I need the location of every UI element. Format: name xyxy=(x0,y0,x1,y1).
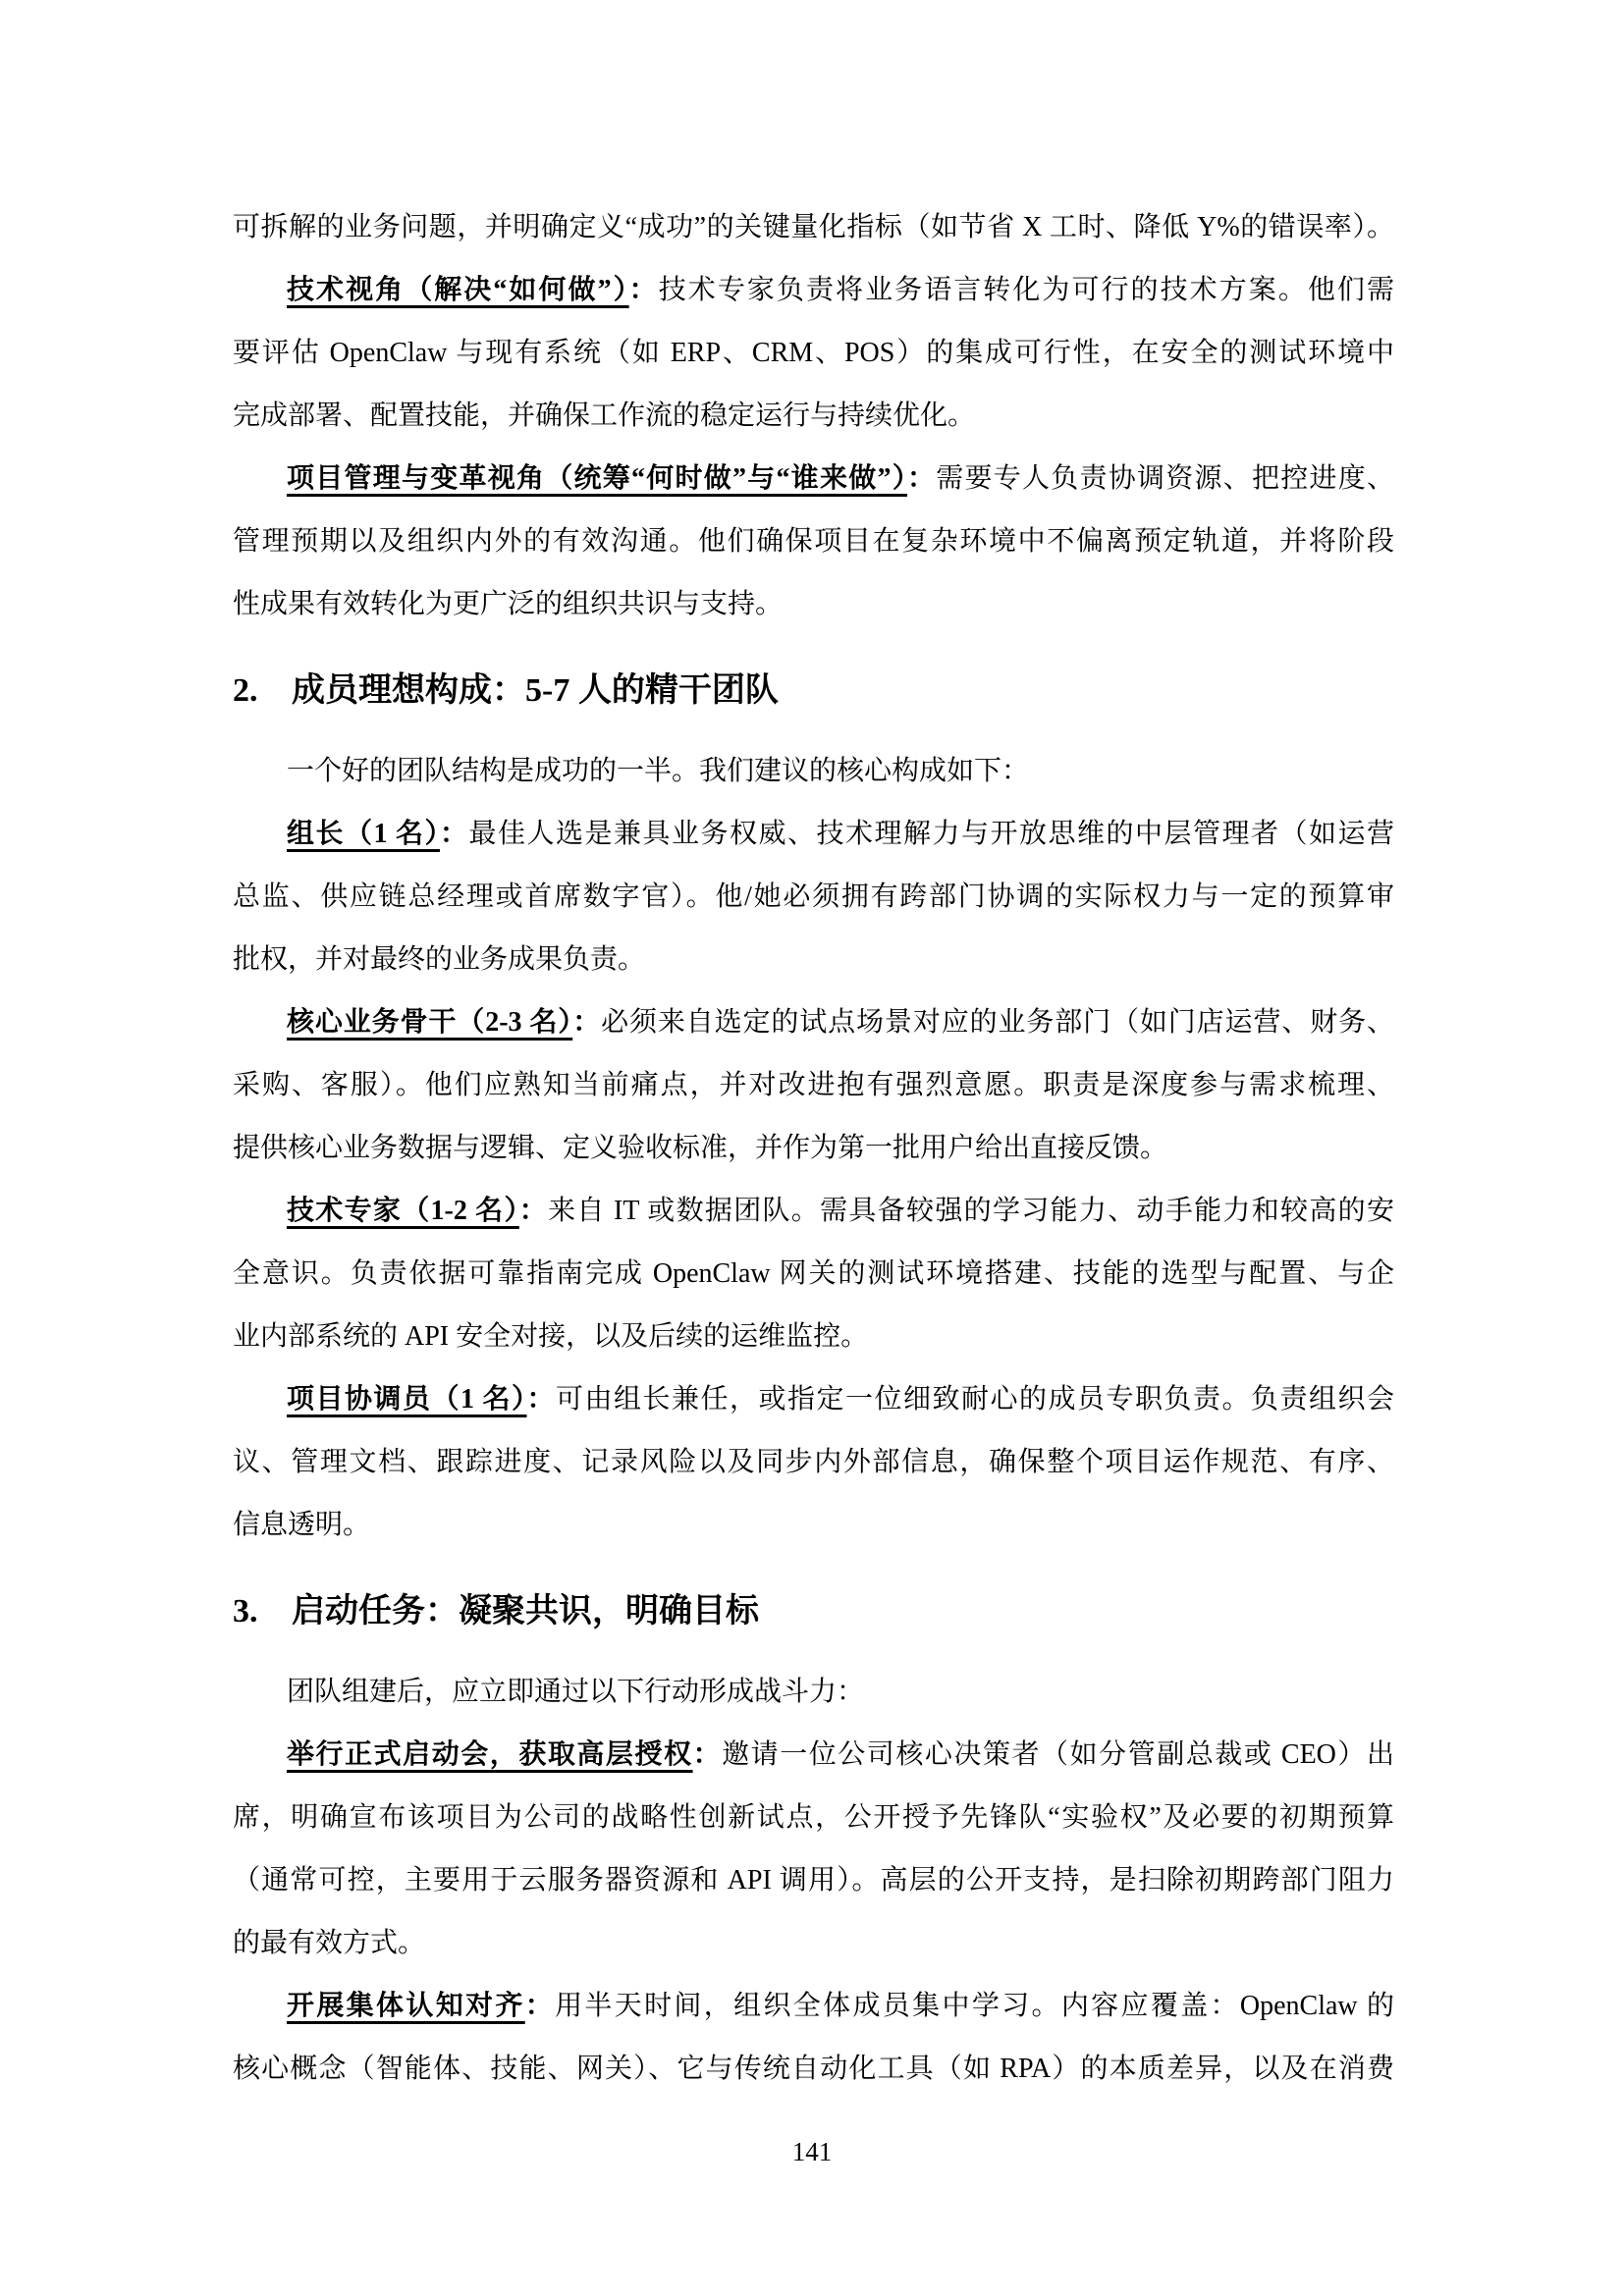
text-line: 席，明确宣布该项目为公司的战略性创新试点，公开授予先锋队“实验权”及必要的初期预… xyxy=(233,1787,1394,1849)
paragraph: 技术专家（1-2 名）：来自 IT 或数据团队。需具备较强的学习能力、动手能力和… xyxy=(233,1180,1394,1368)
text-run: 邀请一位公司核心决策者（如分管副总裁或 CEO）出 xyxy=(722,1739,1394,1770)
text-line: 性成果有效转化为更广泛的组织共识与支持。 xyxy=(233,573,1394,636)
text-run: 全意识。负责依据可靠指南完成 OpenClaw 网关的测试环境搭建、技能的选型与… xyxy=(233,1258,1394,1289)
text-run: 采购、客服）。他们应熟知当前痛点，并对改进抱有强烈意愿。职责是深度参与需求梳理、 xyxy=(233,1070,1394,1100)
text-line: 批权，并对最终的业务成果负责。 xyxy=(233,929,1394,991)
text-run: 业内部系统的 API 安全对接，以及后续的运维监控。 xyxy=(233,1321,868,1352)
page-number: 141 xyxy=(0,2135,1624,2168)
text-line: 技术视角（解决“如何做”）：技术专家负责将业务语言转化为可行的技术方案。他们需 xyxy=(233,259,1394,322)
text-line: 项目协调员（1 名）：可由组长兼任，或指定一位细致耐心的成员专职负责。负责组织会 xyxy=(233,1368,1394,1431)
text-run: 管理预期以及组织内外的有效沟通。他们确保项目在复杂环境中不偏离预定轨道，并将阶段 xyxy=(233,526,1394,557)
text-run: ： xyxy=(693,1739,723,1770)
text-run: 性成果有效转化为更广泛的组织共识与支持。 xyxy=(233,589,783,619)
text-run: 提供核心业务数据与逻辑、定义验收标准，并作为第一批用户给出直接反馈。 xyxy=(233,1133,1167,1163)
lead-in: 核心业务骨干（2-3 名） xyxy=(287,1007,572,1038)
lead-in: 项目协调员（1 名） xyxy=(287,1384,527,1415)
text-run: 技术专家负责将业务语言转化为可行的技术方案。他们需 xyxy=(659,275,1394,305)
text-run: 信息透明。 xyxy=(233,1510,370,1540)
text-run: 的最有效方式。 xyxy=(233,1928,425,1958)
text-line: 可拆解的业务问题，并明确定义“成功”的关键量化指标（如节省 X 工时、降低 Y%… xyxy=(233,196,1394,259)
text-run: 来自 IT 或数据团队。需具备较强的学习能力、动手能力和较高的安 xyxy=(548,1196,1394,1226)
paragraph: 开展集体认知对齐：用半天时间，组织全体成员集中学习。内容应覆盖：OpenClaw… xyxy=(233,1975,1394,2101)
text-line: 提供核心业务数据与逻辑、定义验收标准，并作为第一批用户给出直接反馈。 xyxy=(233,1117,1394,1180)
text-line: 核心业务骨干（2-3 名）：必须来自选定的试点场景对应的业务部门（如门店运营、财… xyxy=(233,991,1394,1054)
text-run: 可拆解的业务问题，并明确定义“成功”的关键量化指标（如节省 X 工时、降低 Y%… xyxy=(233,212,1394,242)
text-line: 全意识。负责依据可靠指南完成 OpenClaw 网关的测试环境搭建、技能的选型与… xyxy=(233,1243,1394,1306)
text-run: （通常可控，主要用于云服务器资源和 API 调用）。高层的公开支持，是扫除初期跨… xyxy=(233,1865,1394,1896)
text-run: 用半天时间，组织全体成员集中学习。内容应覆盖：OpenClaw 的 xyxy=(555,1991,1394,2021)
lead-in: 组长（1 名） xyxy=(287,819,440,849)
paragraph: 核心业务骨干（2-3 名）：必须来自选定的试点场景对应的业务部门（如门店运营、财… xyxy=(233,991,1394,1180)
text-line: 信息透明。 xyxy=(233,1494,1394,1557)
text-line: 举行正式启动会，获取高层授权：邀请一位公司核心决策者（如分管副总裁或 CEO）出 xyxy=(233,1724,1394,1787)
lead-in: 举行正式启动会，获取高层授权 xyxy=(287,1739,693,1770)
section-title: 启动任务：凝聚共识，明确目标 xyxy=(292,1576,1394,1647)
section-heading: 3.启动任务：凝聚共识，明确目标 xyxy=(233,1576,1394,1647)
text-run: 席，明确宣布该项目为公司的战略性创新试点，公开授予先锋队“实验权”及必要的初期预… xyxy=(233,1802,1394,1833)
text-line: 管理预期以及组织内外的有效沟通。他们确保项目在复杂环境中不偏离预定轨道，并将阶段 xyxy=(233,510,1394,573)
text-line: 一个好的团队结构是成功的一半。我们建议的核心构成如下： xyxy=(233,740,1394,803)
text-run: ： xyxy=(572,1007,601,1038)
text-run: 总监、供应链总经理或首席数字官）。他/她必须拥有跨部门协调的实际权力与一定的预算… xyxy=(233,881,1394,912)
section-number: 3. xyxy=(233,1576,292,1647)
text-line: 团队组建后，应立即通过以下行动形成战斗力： xyxy=(233,1661,1394,1724)
text-run: ： xyxy=(519,1196,548,1226)
text-run: ： xyxy=(440,819,469,849)
paragraph: 项目管理与变革视角（统筹“何时做”与“谁来做”）：需要专人负责协调资源、把控进度… xyxy=(233,448,1394,636)
text-line: 要评估 OpenClaw 与现有系统（如 ERP、CRM、POS）的集成可行性，… xyxy=(233,322,1394,385)
text-run: 一个好的团队结构是成功的一半。我们建议的核心构成如下： xyxy=(287,756,1029,786)
lead-in: 开展集体认知对齐 xyxy=(287,1991,525,2021)
text-run: 完成部署、配置技能，并确保工作流的稳定运行与持续优化。 xyxy=(233,400,975,431)
text-line: 业内部系统的 API 安全对接，以及后续的运维监控。 xyxy=(233,1306,1394,1368)
text-line: 总监、供应链总经理或首席数字官）。他/她必须拥有跨部门协调的实际权力与一定的预算… xyxy=(233,866,1394,929)
text-run: 批权，并对最终的业务成果负责。 xyxy=(233,944,645,975)
text-run: ： xyxy=(525,1991,555,2021)
text-run: 需要专人负责协调资源、把控进度、 xyxy=(936,463,1394,494)
text-line: 组长（1 名）：最佳人选是兼具业务权威、技术理解力与开放思维的中层管理者（如运营 xyxy=(233,803,1394,866)
text-run: ： xyxy=(629,275,659,305)
paragraph: 组长（1 名）：最佳人选是兼具业务权威、技术理解力与开放思维的中层管理者（如运营… xyxy=(233,803,1394,991)
text-run: 可由组长兼任，或指定一位细致耐心的成员专职负责。负责组织会 xyxy=(556,1384,1394,1415)
text-run: ： xyxy=(907,463,936,494)
lead-in: 技术专家（1-2 名） xyxy=(287,1196,519,1226)
paragraph: 技术视角（解决“如何做”）：技术专家负责将业务语言转化为可行的技术方案。他们需要… xyxy=(233,259,1394,448)
lead-in: 项目管理与变革视角（统筹“何时做”与“谁来做”） xyxy=(287,463,907,494)
paragraph: 项目协调员（1 名）：可由组长兼任，或指定一位细致耐心的成员专职负责。负责组织会… xyxy=(233,1368,1394,1557)
document-page: 可拆解的业务问题，并明确定义“成功”的关键量化指标（如节省 X 工时、降低 Y%… xyxy=(0,0,1624,2296)
paragraph: 举行正式启动会，获取高层授权：邀请一位公司核心决策者（如分管副总裁或 CEO）出… xyxy=(233,1724,1394,1975)
text-line: 采购、客服）。他们应熟知当前痛点，并对改进抱有强烈意愿。职责是深度参与需求梳理、 xyxy=(233,1054,1394,1117)
section-heading: 2.成员理想构成：5-7 人的精干团队 xyxy=(233,656,1394,726)
text-run: 核心概念（智能体、技能、网关）、它与传统自动化工具（如 RPA）的本质差异，以及… xyxy=(233,2054,1394,2084)
text-line: （通常可控，主要用于云服务器资源和 API 调用）。高层的公开支持，是扫除初期跨… xyxy=(233,1849,1394,1912)
text-line: 项目管理与变革视角（统筹“何时做”与“谁来做”）：需要专人负责协调资源、把控进度… xyxy=(233,448,1394,510)
text-line: 议、管理文档、跟踪进度、记录风险以及同步内外部信息，确保整个项目运作规范、有序、 xyxy=(233,1431,1394,1494)
text-run: 议、管理文档、跟踪进度、记录风险以及同步内外部信息，确保整个项目运作规范、有序、 xyxy=(233,1447,1394,1477)
lead-in: 技术视角（解决“如何做”） xyxy=(287,275,629,305)
text-run: 必须来自选定的试点场景对应的业务部门（如门店运营、财务、 xyxy=(601,1007,1394,1038)
section-title: 成员理想构成：5-7 人的精干团队 xyxy=(292,656,1394,726)
paragraph: 可拆解的业务问题，并明确定义“成功”的关键量化指标（如节省 X 工时、降低 Y%… xyxy=(233,196,1394,259)
document-body: 可拆解的业务问题，并明确定义“成功”的关键量化指标（如节省 X 工时、降低 Y%… xyxy=(233,196,1394,2101)
text-run: ： xyxy=(527,1384,557,1415)
text-run: 团队组建后，应立即通过以下行动形成战斗力： xyxy=(287,1677,864,1707)
paragraph: 团队组建后，应立即通过以下行动形成战斗力： xyxy=(233,1661,1394,1724)
text-line: 核心概念（智能体、技能、网关）、它与传统自动化工具（如 RPA）的本质差异，以及… xyxy=(233,2038,1394,2101)
text-run: 要评估 OpenClaw 与现有系统（如 ERP、CRM、POS）的集成可行性，… xyxy=(233,338,1394,368)
paragraph: 一个好的团队结构是成功的一半。我们建议的核心构成如下： xyxy=(233,740,1394,803)
text-line: 技术专家（1-2 名）：来自 IT 或数据团队。需具备较强的学习能力、动手能力和… xyxy=(233,1180,1394,1243)
text-line: 开展集体认知对齐：用半天时间，组织全体成员集中学习。内容应覆盖：OpenClaw… xyxy=(233,1975,1394,2038)
text-line: 完成部署、配置技能，并确保工作流的稳定运行与持续优化。 xyxy=(233,385,1394,448)
text-line: 的最有效方式。 xyxy=(233,1912,1394,1975)
text-run: 最佳人选是兼具业务权威、技术理解力与开放思维的中层管理者（如运营 xyxy=(469,819,1394,849)
section-number: 2. xyxy=(233,656,292,726)
